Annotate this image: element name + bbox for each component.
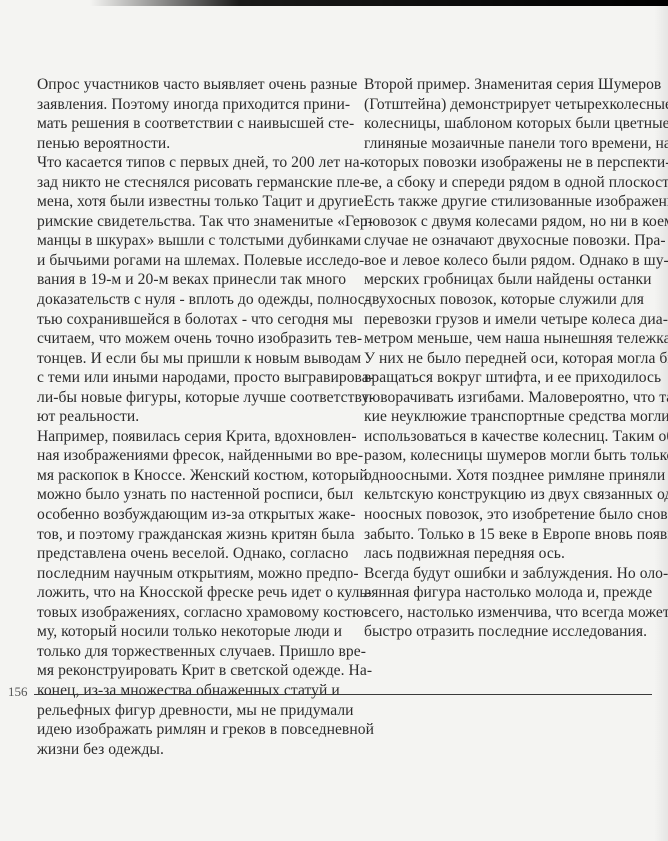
text-line: тонцев. И если бы мы пришли к новым выво…	[37, 349, 357, 369]
text-line: му, который носили только некоторые люди…	[37, 622, 357, 642]
text-line: Второй пример. Знаменитая серия Шумеров	[364, 75, 659, 95]
text-line: с теми или иными народами, просто выграв…	[37, 368, 357, 388]
text-line: одноосными. Хотя позднее римляне приняли	[364, 466, 659, 486]
text-line: последним научным открытиям, можно предп…	[37, 564, 357, 584]
text-line: случае не означают двухосные повозки. Пр…	[364, 231, 659, 251]
text-line: доказательств с нуля - вплоть до одежды,…	[37, 290, 357, 310]
text-line: зад никто не стеснялся рисовать германск…	[37, 173, 357, 193]
text-line: представлена очень веселой. Однако, согл…	[37, 544, 357, 564]
text-line: колесницы, шаблоном которых были цветные	[364, 114, 659, 134]
text-line: вращаться вокруг штифта, и ее приходилос…	[364, 368, 659, 388]
text-line: разом, колесницы шумеров могли быть толь…	[364, 446, 659, 466]
page-number: 156	[8, 684, 28, 700]
footer-rule	[34, 694, 652, 695]
text-line: идею изображать римлян и греков в повсед…	[37, 720, 357, 740]
text-line: можно было узнать по настенной росписи, …	[37, 485, 357, 505]
text-line: перевозки грузов и имели четыре колеса д…	[364, 310, 659, 330]
text-line: ная изображениями фресок, найденными во …	[37, 446, 357, 466]
text-line: Что касается типов с первых дней, то 200…	[37, 153, 357, 173]
text-line: ли-бы новые фигуры, которые лучше соотве…	[37, 388, 357, 408]
right-text-column: Второй пример. Знаменитая серия Шумеров(…	[364, 75, 659, 642]
text-line: которых повозки изображены не в перспект…	[364, 153, 659, 173]
text-line: двухосных повозок, которые служили для	[364, 290, 659, 310]
text-line: товых изображениях, согласно храмовому к…	[37, 603, 357, 623]
text-line: использоваться в качестве колесниц. Таки…	[364, 427, 659, 447]
text-line: метром меньше, чем наша нынешняя тележка…	[364, 329, 659, 349]
text-line: жизни без одежды.	[37, 740, 357, 760]
text-line: поворачивать изгибами. Маловероятно, что…	[364, 388, 659, 408]
text-line: Опрос участников часто выявляет очень ра…	[37, 75, 357, 95]
text-line: рельефных фигур древности, мы не придума…	[37, 701, 357, 721]
text-line: мя реконструировать Крит в светской одеж…	[37, 661, 357, 681]
text-line: У них не было передней оси, которая могл…	[364, 349, 659, 369]
text-line: Всегда будут ошибки и заблуждения. Но ол…	[364, 564, 659, 584]
text-line: мя раскопок в Кноссе. Женский костюм, ко…	[37, 466, 357, 486]
text-line: вянная фигура настолько молода и, прежде	[364, 583, 659, 603]
text-line: вания в 19-м и 20-м веках принесли так м…	[37, 270, 357, 290]
text-line: Есть также другие стилизованные изображе…	[364, 192, 659, 212]
text-line: глиняные мозаичные панели того времени, …	[364, 134, 659, 154]
text-line: (Готштейна) демонстрирует четырехколесны…	[364, 95, 659, 115]
text-line: быстро отразить последние исследования.	[364, 622, 659, 642]
text-line: ют реальности.	[37, 407, 357, 427]
text-line: считаем, что можем очень точно изобразит…	[37, 329, 357, 349]
text-line: только для торжественных случаев. Пришло…	[37, 642, 357, 662]
text-line: забыто. Только в 15 веке в Европе вновь …	[364, 525, 659, 545]
text-line: ве, а сбоку и спереди рядом в одной плос…	[364, 173, 659, 193]
text-line: манцы в шкурах» вышли с толстыми дубинка…	[37, 231, 357, 251]
text-line: тов, и поэтому гражданская жизнь критян …	[37, 525, 357, 545]
text-line: римские свидетельства. Так что знамениты…	[37, 212, 357, 232]
text-line: особенно возбуждающим из-за открытых жак…	[37, 505, 357, 525]
text-line: заявления. Поэтому иногда приходится при…	[37, 95, 357, 115]
text-line: ложить, что на Кносской фреске речь идет…	[37, 583, 357, 603]
text-line: всего, настолько изменчива, что всегда м…	[364, 603, 659, 623]
text-line: кие неуклюжие транспортные средства могл…	[364, 407, 659, 427]
text-line: и бычьими рогами на шлемах. Полевые иссл…	[37, 251, 357, 271]
text-line: мена, хотя были известны только Тацит и …	[37, 192, 357, 212]
text-line: вое и левое колесо были рядом. Однако в …	[364, 251, 659, 271]
text-line: тью сохранившейся в болотах - что сегодн…	[37, 310, 357, 330]
left-text-column: Опрос участников часто выявляет очень ра…	[37, 75, 357, 759]
scan-top-edge	[0, 0, 668, 6]
text-line: лась подвижная передняя ось.	[364, 544, 659, 564]
text-line: повозок с двумя колесами рядом, но ни в …	[364, 212, 659, 232]
text-line: конец, из-за множества обнаженных статуй…	[37, 681, 357, 701]
text-line: ноосных повозок, это изобретение было сн…	[364, 505, 659, 525]
text-line: мать решения в соответствии с наивысшей …	[37, 114, 357, 134]
text-line: кельтскую конструкцию из двух связанных …	[364, 485, 659, 505]
text-line: пенью вероятности.	[37, 134, 357, 154]
text-line: мерских гробницах были найдены останки	[364, 270, 659, 290]
text-line: Например, появилась серия Крита, вдохнов…	[37, 427, 357, 447]
